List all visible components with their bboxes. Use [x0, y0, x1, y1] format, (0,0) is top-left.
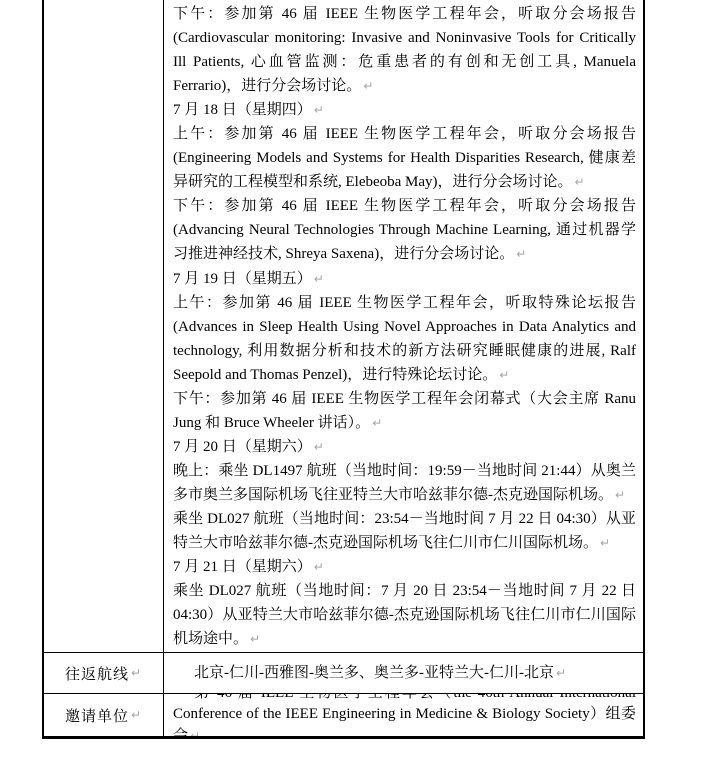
schedule-label-cell — [44, 0, 164, 652]
schedule-content-cell: 下午：参加第 46 届 IEEE 生物医学工程年会，听取分会场报告(Cardio… — [164, 0, 643, 652]
paragraph-text: 乘坐 DL027 航班（当地时间：7 月 20 日 23:54－当地时间 7 月… — [173, 583, 636, 647]
cell-end-mark: ↵ — [131, 666, 142, 680]
inviter-row: 邀请单位↵ 第 46 届 IEEE 生物医学工程年会（the 46th Annu… — [44, 693, 643, 736]
paragraph-text: 上午：参加第 46 届 IEEE 生物医学工程年会，听取特殊论坛报告(Advan… — [173, 295, 636, 383]
route-row: 往返航线↵ 北京-仁川-西雅图-奥兰多、奥兰多-亚特兰大-仁川-北京↵ — [44, 652, 643, 693]
route-label: 往返航线 — [65, 663, 129, 684]
paragraph-return-mark: ↵ — [314, 272, 324, 286]
schedule-paragraph: 7 月 21 日（星期六）↵ — [173, 555, 636, 579]
route-content-cell: 北京-仁川-西雅图-奥兰多、奥兰多-亚特兰大-仁川-北京↵ — [164, 653, 643, 693]
route-label-cell: 往返航线↵ — [44, 653, 164, 693]
paragraph-return-mark: ↵ — [499, 368, 509, 382]
paragraph-text: 下午：参加第 46 届 IEEE 生物医学工程年会闭幕式（大会主席 Ranu J… — [173, 391, 636, 431]
paragraph-return-mark: ↵ — [372, 416, 382, 430]
paragraph-return-mark: ↵ — [314, 560, 324, 574]
schedule-paragraph: 下午：参加第 46 届 IEEE 生物医学工程年会，听取分会场报告(Advanc… — [173, 194, 636, 266]
inviter-paragraph: 第 46 届 IEEE 生物医学工程年会（the 46th Annual Int… — [173, 694, 636, 736]
paragraph-text: 晚上：乘坐 DL1497 航班（当地时间：19:59－当地时间 21:44）从奥… — [173, 463, 636, 503]
schedule-row: 下午：参加第 46 届 IEEE 生物医学工程年会，听取分会场报告(Cardio… — [44, 0, 643, 652]
inviter-label-cell: 邀请单位↵ — [44, 694, 164, 736]
schedule-paragraph: 7 月 19 日（星期五）↵ — [173, 267, 636, 291]
schedule-paragraph: 上午：参加第 46 届 IEEE 生物医学工程年会，听取特殊论坛报告(Advan… — [173, 291, 636, 387]
paragraph-text: 7 月 20 日（星期六） — [173, 439, 312, 455]
paragraph-return-mark: ↵ — [363, 79, 373, 93]
paragraph-return-mark: ↵ — [190, 729, 200, 736]
paragraph-text: 上午：参加第 46 届 IEEE 生物医学工程年会，听取分会场报告(Engine… — [173, 126, 636, 190]
paragraph-return-mark: ↵ — [314, 103, 324, 117]
paragraph-return-mark: ↵ — [575, 175, 585, 189]
paragraph-return-mark: ↵ — [250, 632, 260, 646]
document-page: 下午：参加第 46 届 IEEE 生物医学工程年会，听取分会场报告(Cardio… — [0, 0, 704, 781]
cell-end-mark: ↵ — [131, 708, 142, 722]
paragraph-return-mark: ↵ — [516, 247, 526, 261]
schedule-paragraph: 乘坐 DL027 航班（当地时间：7 月 20 日 23:54－当地时间 7 月… — [173, 579, 636, 651]
schedule-paragraph: 7 月 20 日（星期六）↵ — [173, 435, 636, 459]
schedule-paragraph: 下午：参加第 46 届 IEEE 生物医学工程年会闭幕式（大会主席 Ranu J… — [173, 387, 636, 435]
paragraph-text: 下午：参加第 46 届 IEEE 生物医学工程年会，听取分会场报告(Advanc… — [173, 198, 636, 262]
inviter-content-cell: 第 46 届 IEEE 生物医学工程年会（the 46th Annual Int… — [164, 694, 643, 736]
paragraph-return-mark: ↵ — [600, 536, 610, 550]
paragraph-return-mark: ↵ — [615, 488, 625, 502]
paragraph-text: 乘坐 DL027 航班（当地时间：23:54－当地时间 7 月 22 日 04:… — [173, 511, 636, 551]
schedule-paragraph: 7 月 18 日（星期四）↵ — [173, 98, 636, 122]
paragraph-text: 7 月 19 日（星期五） — [173, 271, 312, 287]
route-paragraph: 北京-仁川-西雅图-奥兰多、奥兰多-亚特兰大-仁川-北京↵ — [173, 653, 636, 693]
schedule-paragraph: 下午：参加第 46 届 IEEE 生物医学工程年会，听取分会场报告(Cardio… — [173, 2, 636, 98]
itinerary-table: 下午：参加第 46 届 IEEE 生物医学工程年会，听取分会场报告(Cardio… — [42, 0, 645, 739]
paragraph-return-mark: ↵ — [314, 440, 324, 454]
schedule-paragraph: 7 月 22 日（星期日）↵ — [173, 651, 636, 652]
schedule-paragraph: 上午：参加第 46 届 IEEE 生物医学工程年会，听取分会场报告(Engine… — [173, 122, 636, 194]
paragraph-text: 下午：参加第 46 届 IEEE 生物医学工程年会，听取分会场报告(Cardio… — [173, 6, 636, 94]
paragraph-text: 7 月 21 日（星期六） — [173, 559, 312, 575]
inviter-label: 邀请单位 — [65, 705, 129, 726]
paragraph-text: 北京-仁川-西雅图-奥兰多、奥兰多-亚特兰大-仁川-北京 — [194, 665, 554, 681]
schedule-paragraph: 乘坐 DL027 航班（当地时间：23:54－当地时间 7 月 22 日 04:… — [173, 507, 636, 555]
schedule-paragraph: 晚上：乘坐 DL1497 航班（当地时间：19:59－当地时间 21:44）从奥… — [173, 459, 636, 507]
paragraph-text: 7 月 18 日（星期四） — [173, 102, 312, 118]
paragraph-return-mark: ↵ — [556, 666, 566, 680]
paragraph-text: 第 46 届 IEEE 生物医学工程年会（the 46th Annual Int… — [173, 694, 636, 736]
